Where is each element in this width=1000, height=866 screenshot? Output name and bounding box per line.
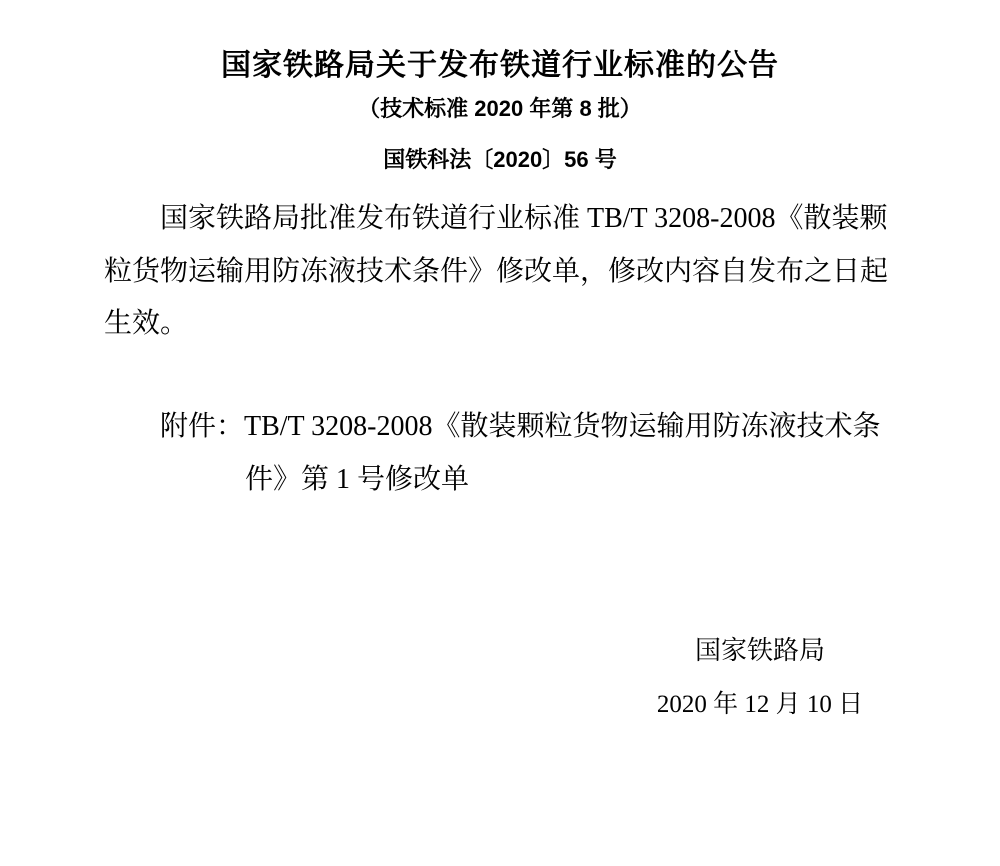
body-paragraph-line-3: 生效。: [104, 298, 862, 351]
body-paragraph-line-1: 国家铁路局批准发布铁道行业标准 TB/T 3208-2008《散装颗: [104, 193, 862, 246]
page-title: 国家铁路局关于发布铁道行业标准的公告: [0, 48, 1000, 84]
issuer-signature: 国家铁路局: [560, 625, 960, 677]
attachment-section: 附件：TB/T 3208-2008《散装颗粒货物运输用防冻液技术条 件》第 1 …: [104, 401, 862, 506]
body-paragraph: 国家铁路局批准发布铁道行业标准 TB/T 3208-2008《散装颗 粒货物运输…: [104, 193, 862, 351]
document-number: 国铁科法〔2020〕56 号: [0, 146, 1000, 174]
standard-batch-subtitle: （技术标准 2020 年第 8 批）: [0, 95, 1000, 123]
attachment-line-2: 件》第 1 号修改单: [104, 454, 862, 507]
attachment-line-1: 附件：TB/T 3208-2008《散装颗粒货物运输用防冻液技术条: [104, 401, 862, 454]
document-page: 国家铁路局关于发布铁道行业标准的公告 （技术标准 2020 年第 8 批） 国铁…: [0, 0, 1000, 866]
body-paragraph-line-2: 粒货物运输用防冻液技术条件》修改单，修改内容自发布之日起: [104, 246, 862, 299]
issue-date: 2020 年 12 月 10 日: [560, 679, 960, 731]
